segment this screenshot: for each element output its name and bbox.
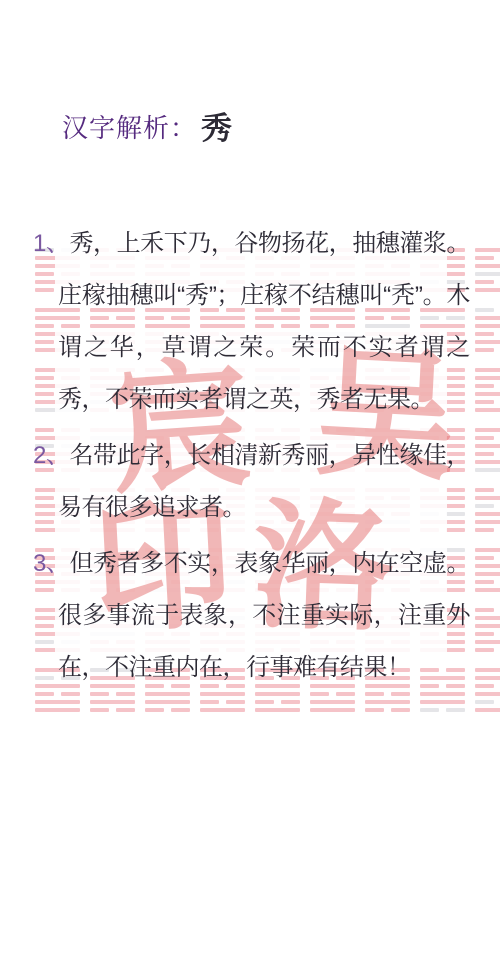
hexagram-line <box>475 272 500 276</box>
hexagram-line <box>475 700 494 704</box>
hexagram-line <box>90 708 109 712</box>
hexagram-line <box>475 460 500 464</box>
analysis-text: 1、秀，上禾下乃，谷物扬花，抽穗灌浆。庄稼抽穗叫“秀”；庄稼不结穗叫“秃”。木谓… <box>33 218 470 698</box>
hexagram-line <box>35 700 80 704</box>
hexagram-line <box>475 468 500 472</box>
paragraph-item: 3、但秀者多不实，表象华丽，内在空虚。很多事流于表象，不注重实际，注重外在，不注… <box>33 538 470 694</box>
hexagram-line <box>475 428 500 432</box>
title-character: 秀 <box>201 111 232 146</box>
hexagram-line <box>145 700 190 704</box>
hexagram-line <box>475 616 500 620</box>
hexagram-line <box>475 376 500 380</box>
hexagram-line <box>171 708 190 712</box>
hexagram-line <box>475 692 500 696</box>
hexagram-line <box>281 700 300 704</box>
hexagram-line <box>475 528 494 532</box>
hexagram-line <box>475 400 494 404</box>
hexagram-line <box>365 700 410 704</box>
hexagram-line <box>310 708 355 712</box>
hexagram-line <box>475 708 500 712</box>
hexagram-line <box>420 708 439 712</box>
hexagram-line <box>475 256 494 260</box>
hexagram-line <box>475 588 500 592</box>
hexagram-line <box>475 288 500 292</box>
hexagram-line <box>475 648 494 652</box>
hexagram-line <box>475 316 500 320</box>
hexagram-line <box>475 608 494 612</box>
hexagram-line <box>475 520 500 524</box>
hexagram-line <box>475 368 500 372</box>
hexagram-line <box>475 684 494 688</box>
hexagram-line <box>475 556 494 560</box>
hexagram-line <box>226 700 245 704</box>
hexagram-line <box>475 580 494 584</box>
hexagram-line <box>475 504 494 508</box>
hexagram-line <box>446 708 465 712</box>
hexagram-line <box>475 452 494 456</box>
hexagram-line <box>475 444 500 448</box>
hexagram-line <box>475 572 500 576</box>
hexagram-line <box>475 308 494 312</box>
hexagram-line <box>475 248 500 252</box>
hexagram-line <box>475 332 494 336</box>
hexagram-line <box>475 676 500 680</box>
hexagram-line <box>475 632 494 636</box>
hexagram-line <box>420 700 465 704</box>
hexagram-line <box>475 324 500 328</box>
hexagram-line <box>200 708 245 712</box>
hexagram-line <box>90 700 135 704</box>
hexagram-line <box>475 348 494 352</box>
hexagram-line <box>116 708 135 712</box>
paragraph-text: 秀，上禾下乃，谷物扬花，抽穗灌浆。庄稼抽穗叫“秀”；庄稼不结穗叫“秃”。木谓之华… <box>58 230 470 413</box>
hexagram-line <box>255 708 300 712</box>
hexagram-line <box>365 708 384 712</box>
character-analysis-card: 宸 吴 印 洛 汉字解析：秀 1、秀，上禾下乃，谷物扬花，抽穗灌浆。庄稼抽穗叫“… <box>0 0 500 978</box>
hexagram-line <box>145 708 164 712</box>
hexagram-line <box>475 496 500 500</box>
hexagram-line <box>475 436 494 440</box>
hexagram-line <box>35 708 80 712</box>
hexagram-line <box>475 640 500 644</box>
hexagram-line <box>200 700 219 704</box>
paragraph-text: 但秀者多不实，表象华丽，内在空虚。很多事流于表象，不注重实际，注重外在，不注重内… <box>58 550 470 681</box>
paragraph-number: 2、 <box>33 442 69 469</box>
hexagram-line <box>475 408 500 412</box>
hexagram-line <box>391 708 410 712</box>
paragraph-text: 名带此字，长相清新秀丽，异性缘佳，易有很多追求者。 <box>58 442 470 521</box>
paragraph-item: 1、秀，上禾下乃，谷物扬花，抽穗灌浆。庄稼抽穗叫“秀”；庄稼不结穗叫“秃”。木谓… <box>33 218 470 426</box>
hexagram-line <box>475 564 500 568</box>
hexagram-line <box>475 340 500 344</box>
hexagram-line <box>475 668 500 672</box>
hexagram-line <box>475 280 494 284</box>
paragraph-number: 1、 <box>33 230 69 257</box>
page-title: 汉字解析：秀 <box>62 103 232 148</box>
hexagram-line <box>310 700 355 704</box>
paragraph-item: 2、名带此字，长相清新秀丽，异性缘佳，易有很多追求者。 <box>33 430 470 534</box>
hexagram-line <box>475 624 500 628</box>
paragraph-number: 3、 <box>33 550 69 577</box>
hexagram-line <box>475 392 500 396</box>
hexagram-line <box>475 488 494 492</box>
hexagram-line <box>475 384 494 388</box>
hexagram-line <box>475 264 500 268</box>
hexagram-line <box>475 512 500 516</box>
title-prefix: 汉字解析： <box>62 113 197 143</box>
hexagram-line <box>255 700 274 704</box>
hexagram-line <box>475 548 500 552</box>
